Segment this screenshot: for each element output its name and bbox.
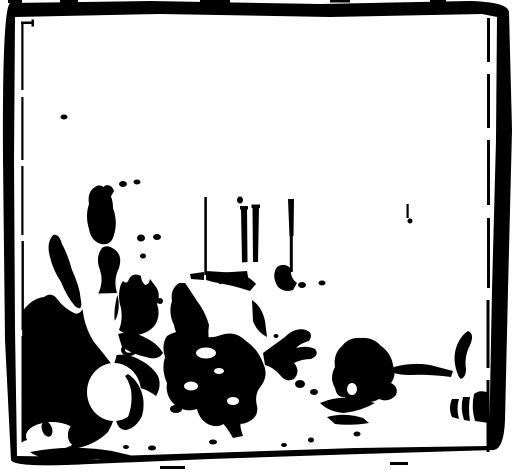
ink-speck [134,180,141,185]
ink-speck [170,405,182,413]
body-highlight [196,348,216,359]
border-mark [450,399,459,419]
right-bar-thin [290,236,293,272]
ink-speck [354,432,361,437]
left-frame-line [204,197,207,275]
inner-rule-cross-mark [32,20,35,27]
inner-rule-right [487,18,491,452]
ink-speck [148,446,156,451]
scan-speck [60,0,78,3]
body-highlight [227,397,239,405]
scan-speck [160,466,185,469]
ink-speck [119,181,127,187]
ink-speck [274,334,279,338]
leg-tail-blob [219,417,243,438]
sill-band-left-marks [190,272,204,280]
vertical-bar [253,206,260,262]
ink-speck [308,438,314,443]
ink-speck [209,440,217,445]
border-mark [473,391,489,423]
hand-blob [310,389,318,395]
hand-blob [295,380,305,388]
wall-tick-mark [407,204,409,218]
ink-speck [319,281,326,286]
scanned-photo [0,0,514,472]
bar-foot-hook [274,265,297,291]
dog-body-highlight [347,383,357,395]
bar-top-dot [237,197,243,204]
ink-speck [153,234,161,240]
scan-speck [200,0,230,3]
right-bar-thick [288,199,294,236]
wall-tick-dot [408,219,413,224]
dog-back-streak [394,364,453,377]
animal-blob [119,275,159,336]
dog-leg-streak [327,415,369,425]
ink-speck [137,235,145,242]
ink-speck [281,443,287,447]
dust-speck [61,115,68,120]
vertical-bar [241,207,248,263]
shoulder-band [206,271,256,291]
border-mark [462,397,470,421]
body-highlight [184,382,198,391]
scan-speck [8,0,22,3]
right-edge-strip [252,300,267,337]
floor-streak [30,448,138,460]
dog-tail-curve [455,331,473,379]
reaching-arm [263,329,317,380]
ink-speck [123,445,129,449]
dog-body [332,338,397,402]
scan-speck [330,0,350,3]
scan-speck [390,462,408,465]
body-highlight [214,368,224,374]
ink-speck [140,254,146,259]
scan-speck [430,0,446,2]
photo-illustration [0,0,514,472]
ink-speck [298,282,306,288]
lap-animal-shape [119,275,159,336]
crouching-figure [163,271,318,445]
